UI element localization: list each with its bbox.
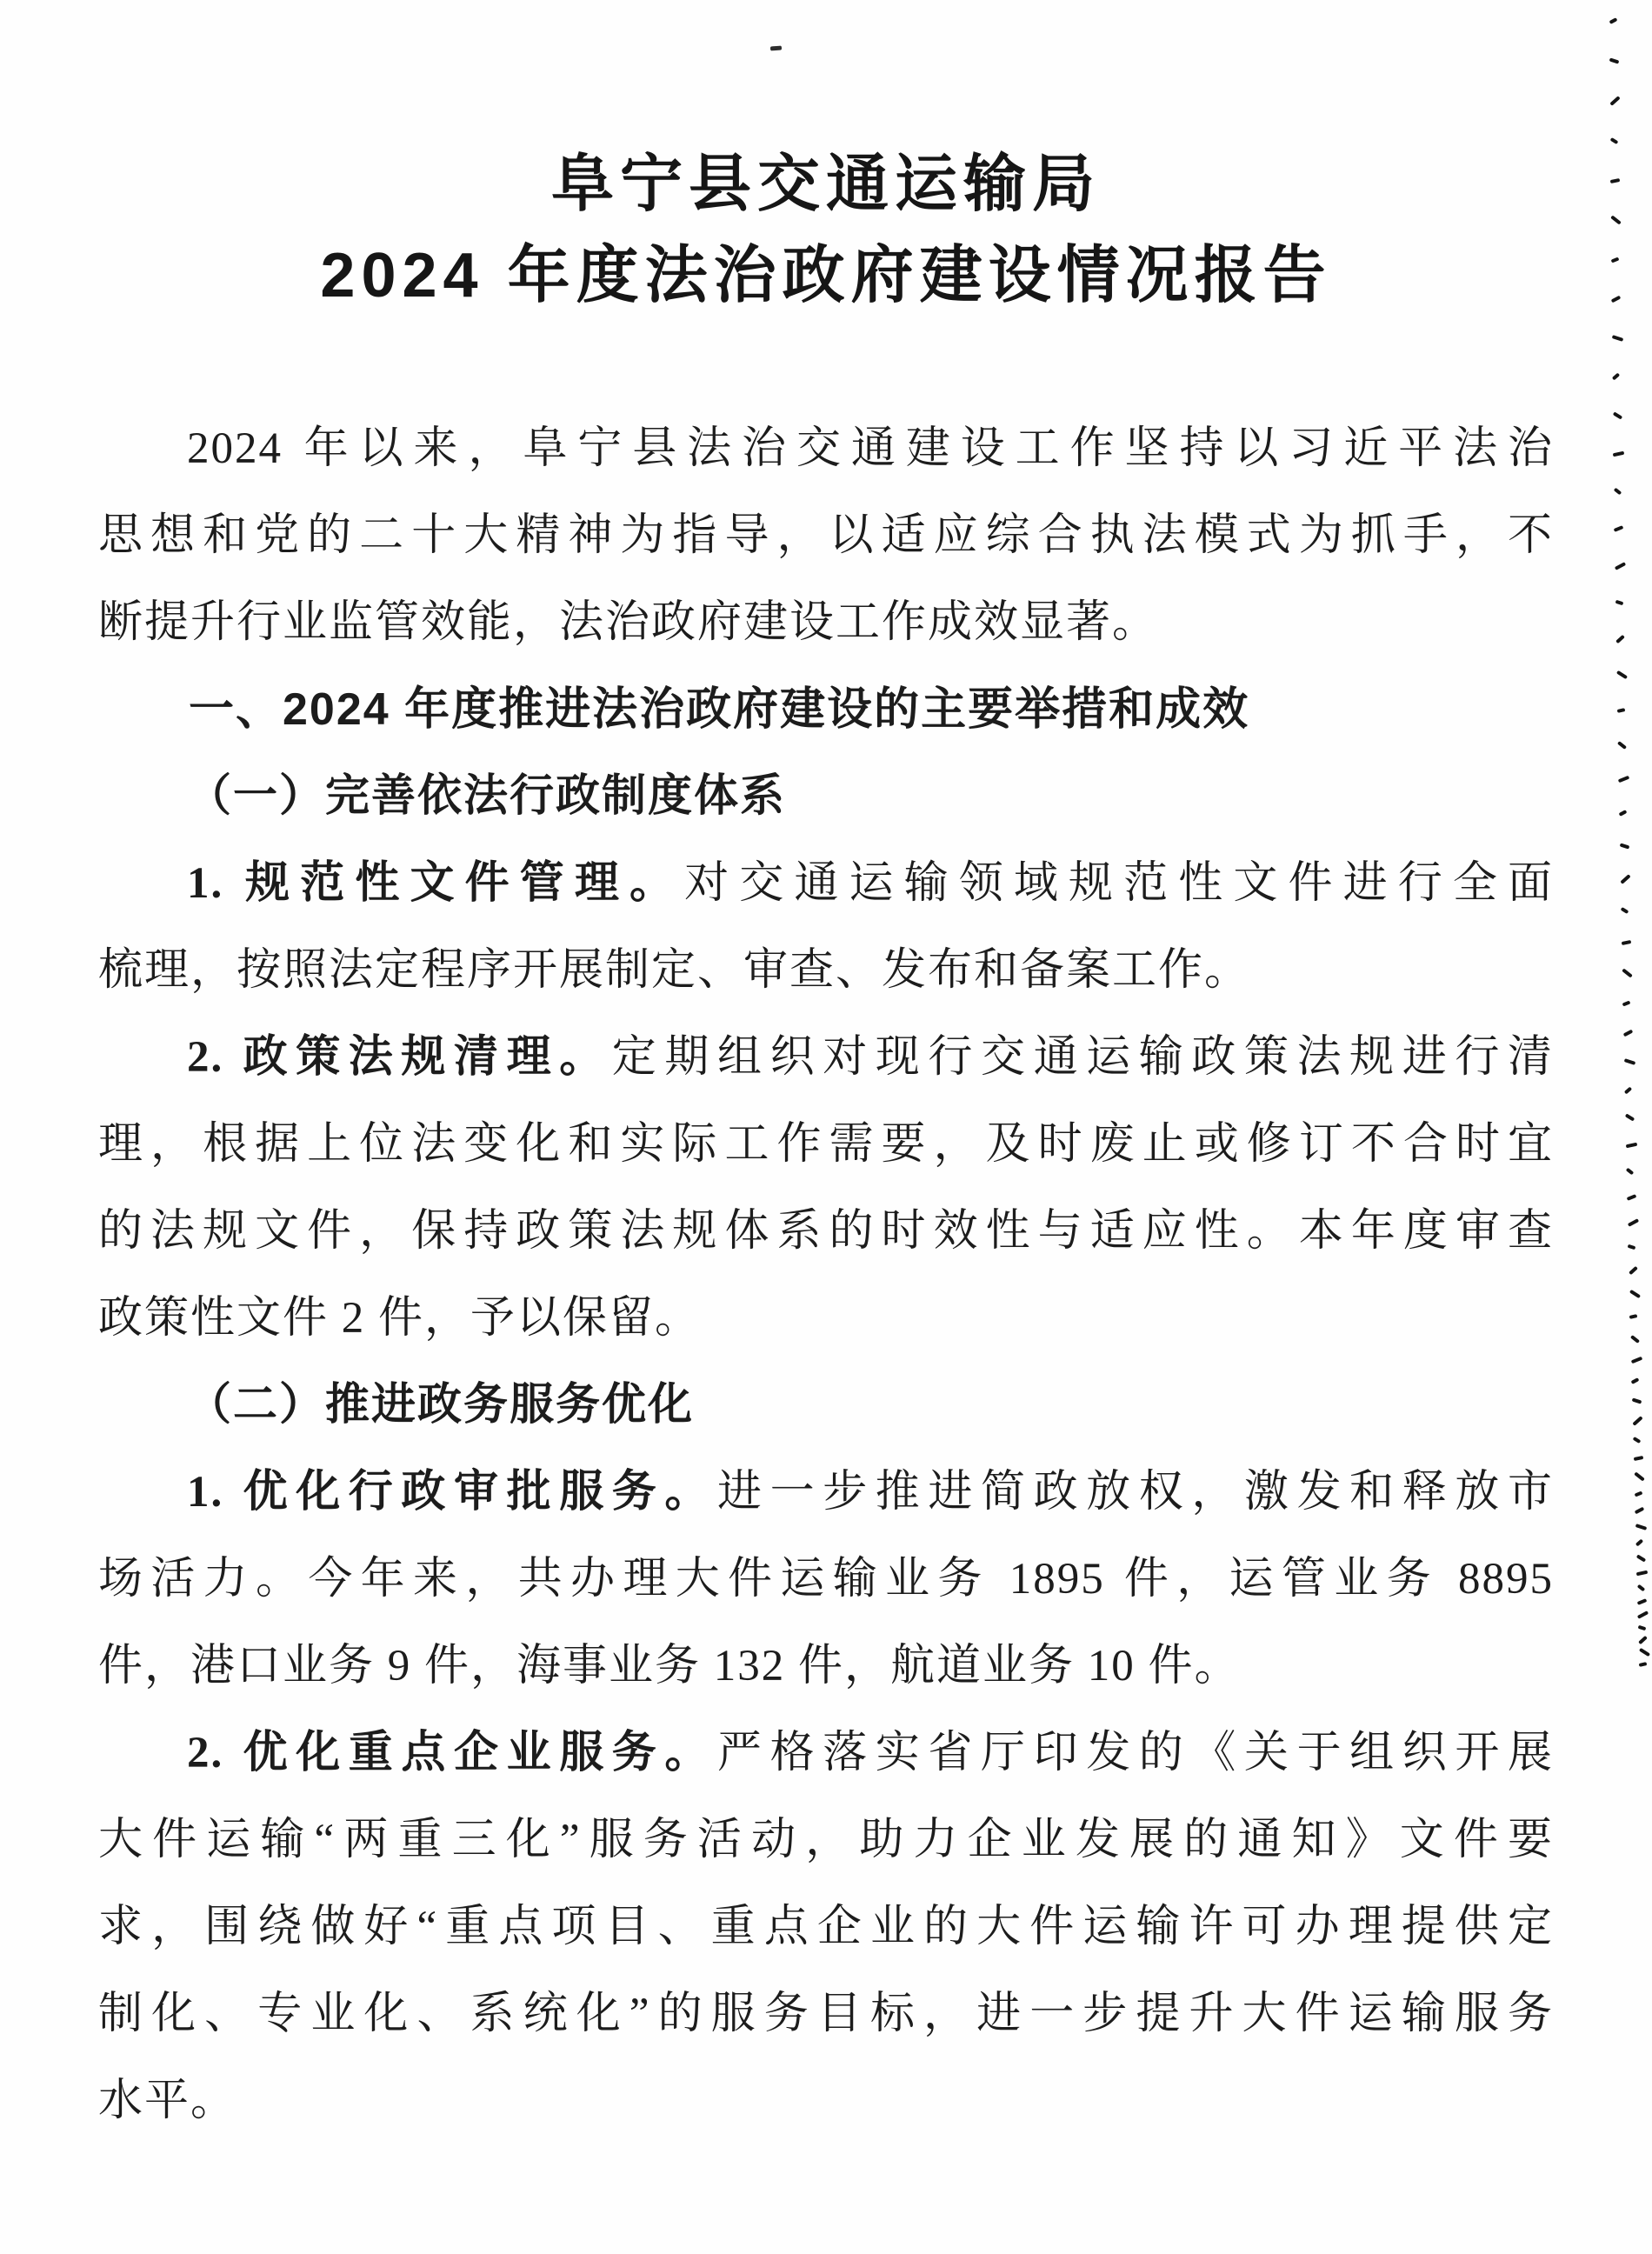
text-segment: 水平。 (98, 2077, 236, 2125)
scan-dot (1621, 907, 1629, 914)
scan-dot (1639, 1648, 1650, 1657)
text-line: 政策性文件 2 件，予以保留。 (98, 1275, 1554, 1362)
scan-dot (1632, 1397, 1642, 1404)
text-segment: 场活力。今年来，共办理大件运输业务 1895 件，运管业务 8895 (98, 1555, 1554, 1604)
scan-dot (1636, 1570, 1649, 1577)
scan-dot (1618, 776, 1630, 784)
scan-dot (1626, 1168, 1635, 1176)
scan-dot (1631, 1357, 1643, 1364)
text-line: 梳理，按照法定程序开展制定、审查、发布和备案工作。 (98, 927, 1554, 1014)
document-page: 阜宁县交通运输局 2024 年度法治政府建设情况报告 2024 年以来，阜宁县法… (0, 0, 1652, 2254)
text-line: 场活力。今年来，共办理大件运输业务 1895 件，运管业务 8895 (98, 1536, 1554, 1623)
scan-dot (1612, 335, 1624, 342)
text-line: 理，根据上位法变化和实际工作需要，及时废止或修订不合时宜 (98, 1101, 1554, 1188)
scan-dot (1622, 968, 1633, 977)
scan-dot (1614, 525, 1624, 532)
text-line: 2. 优化重点企业服务。严格落实省厅印发的《关于组织开展 (98, 1710, 1554, 1797)
text-segment: 定期组织对现行交通运输政策法规进行清 (612, 1033, 1554, 1082)
scan-dot (1635, 1539, 1643, 1547)
document-title: 阜宁县交通运输局 2024 年度法治政府建设情况报告 (0, 139, 1652, 322)
scan-dot (1637, 1598, 1648, 1605)
text-segment-bold: （一）完善依法行政制度体系 (187, 772, 786, 821)
scan-dot (1613, 411, 1622, 419)
text-segment: 断提升行业监管效能，法治政府建设工作成效显著。 (98, 598, 1158, 647)
scan-dot (1620, 874, 1630, 884)
document-title-line-1: 阜宁县交通运输局 (0, 139, 1652, 230)
text-line: 断提升行业监管效能，法治政府建设工作成效显著。 (98, 579, 1554, 666)
scan-dot (1622, 1000, 1631, 1006)
text-segment: 思想和党的二十大精神为指导，以适应综合执法模式为抓手，不 (98, 511, 1554, 560)
scan-dot (1619, 810, 1628, 817)
scan-dot (1612, 373, 1620, 381)
scan-dot (1620, 843, 1630, 849)
text-line: 1. 优化行政审批服务。进一步推进简政放权，激发和释放市 (98, 1449, 1554, 1536)
text-line: （二）推进政务服务优化 (98, 1362, 1554, 1449)
text-segment-bold: 2. 政策法规清理。 (187, 1033, 612, 1082)
scan-dot (1622, 940, 1632, 945)
scan-dot (1626, 1143, 1638, 1149)
scan-dot (1634, 1471, 1645, 1481)
scan-dot (1613, 451, 1625, 457)
text-line: 1. 规范性文件管理。对交通运输领域规范性文件进行全面 (98, 840, 1554, 927)
scan-dot (1635, 1490, 1643, 1497)
scan-dot (1631, 1377, 1640, 1384)
document-body: 2024 年以来，阜宁县法治交通建设工作坚持以习近平法治思想和党的二十大精神为指… (98, 405, 1554, 2144)
scan-dot (1615, 635, 1625, 644)
scan-dot (1617, 741, 1627, 750)
scan-dot (1627, 1194, 1637, 1201)
text-line: 大件运输“两重三化”服务活动，助力企业发展的通知》文件要 (98, 1797, 1554, 1884)
text-segment-bold: （二）推进政务服务优化 (187, 1381, 694, 1430)
scan-dot (1616, 670, 1628, 679)
scan-dot (1637, 1610, 1649, 1619)
scan-dot (1638, 1636, 1648, 1644)
scan-dot (1617, 708, 1626, 713)
scan-dot (1634, 1456, 1644, 1461)
scan-dot (1614, 488, 1622, 496)
scan-dot (1615, 600, 1624, 606)
text-line: （一）完善依法行政制度体系 (98, 753, 1554, 840)
scan-dot (1624, 1087, 1632, 1095)
text-line: 思想和党的二十大精神为指导，以适应综合执法模式为抓手，不 (98, 492, 1554, 579)
text-line: 水平。 (98, 2057, 1554, 2144)
scan-dot (1609, 96, 1620, 106)
text-line: 求，围绕做好“重点项目、重点企业的大件运输许可办理提供定 (98, 1884, 1554, 1971)
scan-dot (1623, 1030, 1634, 1037)
scan-artifact-dash (770, 46, 782, 51)
scan-dot (1635, 1507, 1645, 1515)
text-segment: 严格落实省厅印发的《关于组织开展 (717, 1729, 1554, 1777)
scan-dot (1629, 1266, 1638, 1275)
text-line: 2. 政策法规清理。定期组织对现行交通运输政策法规进行清 (98, 1014, 1554, 1101)
text-line: 一、2024 年度推进法治政府建设的主要举措和成效 (98, 666, 1554, 753)
scan-dot (1639, 1662, 1648, 1667)
scan-dot (1615, 562, 1626, 570)
scan-dot (1629, 1290, 1641, 1298)
text-segment: 政策性文件 2 件，予以保留。 (98, 1294, 701, 1343)
scan-dot (1628, 1244, 1636, 1250)
scan-dot (1624, 1058, 1636, 1065)
text-segment: 2024 年以来，阜宁县法治交通建设工作坚持以习近平法治 (187, 424, 1554, 473)
text-segment: 大件运输“两重三化”服务活动，助力企业发展的通知》文件要 (98, 1816, 1554, 1864)
text-segment-bold: 2. 优化重点企业服务。 (187, 1729, 717, 1777)
text-segment: 制化、专业化、系统化”的服务目标，进一步提升大件运输服务 (98, 1990, 1554, 2038)
document-title-line-2: 2024 年度法治政府建设情况报告 (0, 230, 1652, 322)
scan-dot (1633, 1437, 1642, 1444)
scan-dot (1638, 1625, 1647, 1631)
text-segment: 求，围绕做好“重点项目、重点企业的大件运输许可办理提供定 (98, 1903, 1554, 1951)
text-segment: 的法规文件，保持政策法规体系的时效性与适应性。本年度审查 (98, 1207, 1554, 1256)
text-segment-bold: 1. 规范性文件管理。 (187, 859, 684, 908)
scan-dot (1628, 1218, 1639, 1227)
scan-dot (1609, 57, 1620, 63)
text-segment: 对交通运输领域规范性文件进行全面 (684, 859, 1554, 908)
scan-dot (1629, 1314, 1638, 1319)
scan-dot (1637, 1584, 1646, 1592)
text-segment: 理，根据上位法变化和实际工作需要，及时废止或修订不合时宜 (98, 1120, 1554, 1169)
text-line: 件，港口业务 9 件，海事业务 132 件，航道业务 10 件。 (98, 1623, 1554, 1710)
scan-dot (1630, 1335, 1640, 1344)
scan-dot (1609, 17, 1618, 24)
text-segment: 件，港口业务 9 件，海事业务 132 件，航道业务 10 件。 (98, 1642, 1241, 1690)
text-line: 的法规文件，保持政策法规体系的时效性与适应性。本年度审查 (98, 1188, 1554, 1275)
scan-dot (1636, 1554, 1646, 1562)
text-line: 2024 年以来，阜宁县法治交通建设工作坚持以习近平法治 (98, 405, 1554, 492)
text-segment: 梳理，按照法定程序开展制定、审查、发布和备案工作。 (98, 946, 1250, 995)
text-segment-bold: 一、2024 年度推进法治政府建设的主要举措和成效 (189, 684, 1249, 735)
text-line: 制化、专业化、系统化”的服务目标，进一步提升大件运输服务 (98, 1971, 1554, 2057)
scan-dot (1632, 1416, 1642, 1426)
scan-dot (1635, 1524, 1648, 1530)
text-segment: 进一步推进简政放权，激发和释放市 (717, 1468, 1554, 1517)
text-segment-bold: 1. 优化行政审批服务。 (187, 1468, 717, 1517)
scan-dot (1625, 1113, 1635, 1121)
